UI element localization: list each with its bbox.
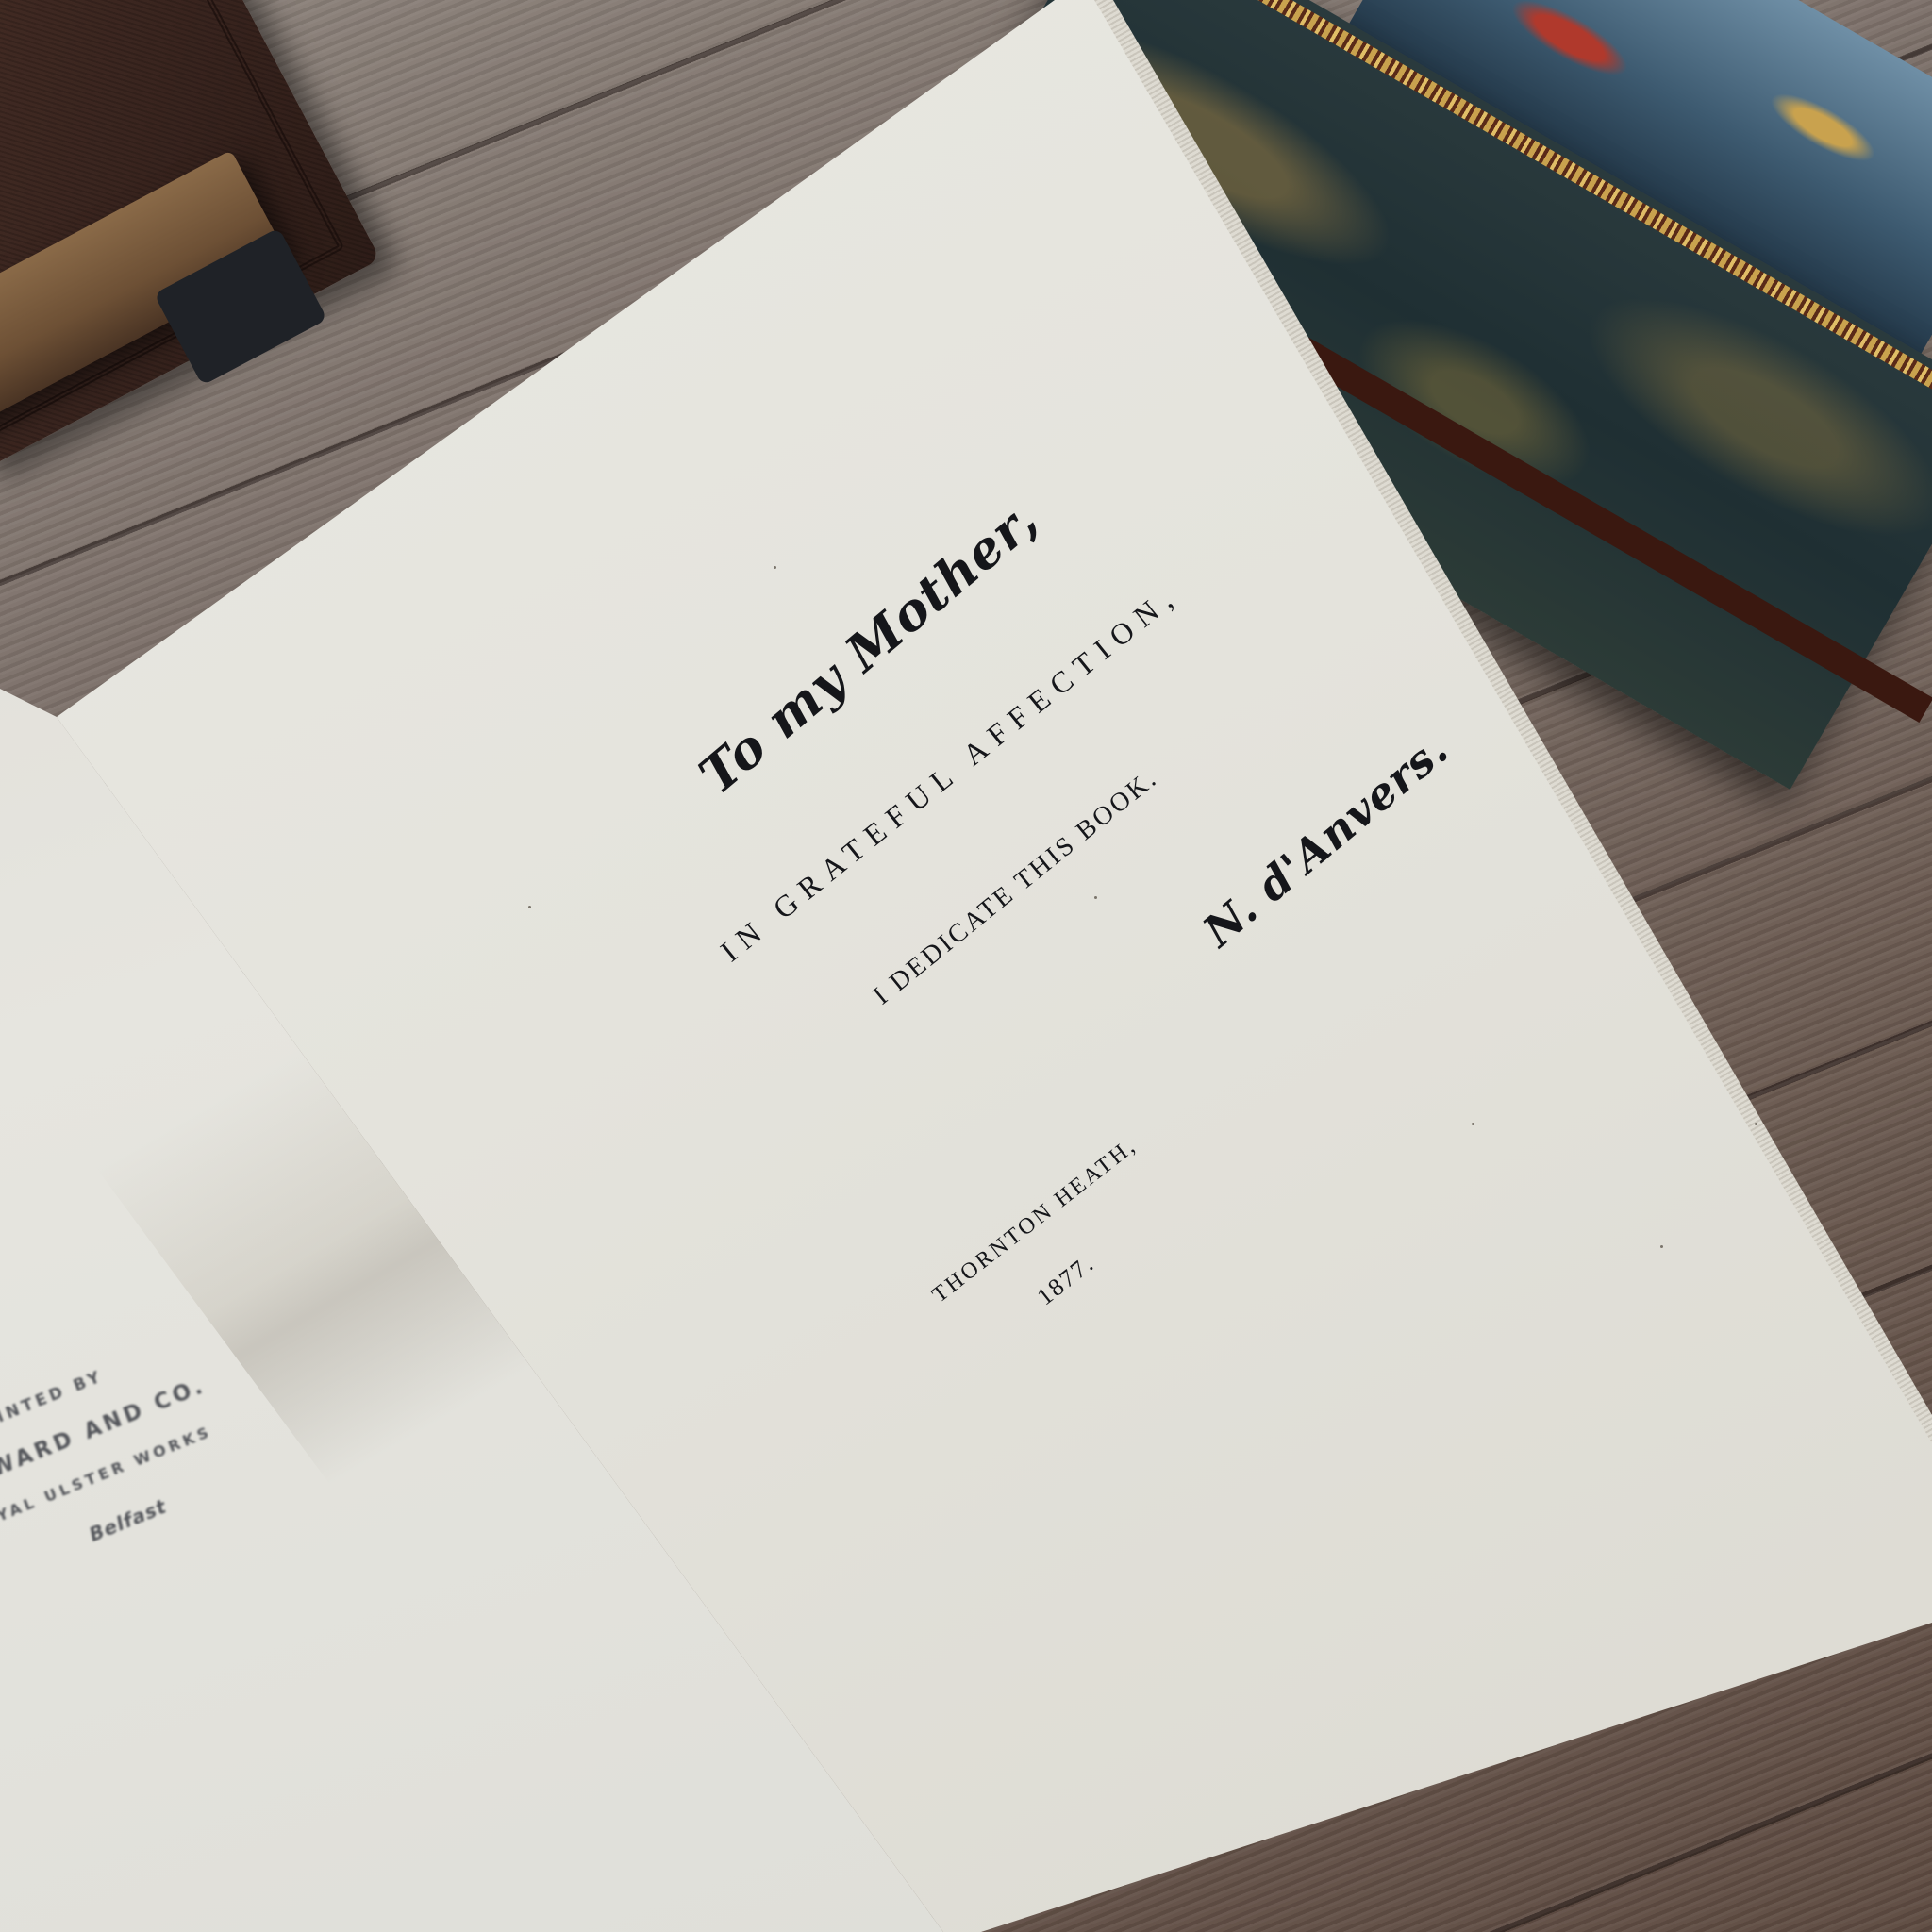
photo-scene: To my Mother, in grateful affection, I d… [0,0,1932,1932]
paper-fleck [1755,1123,1757,1125]
paper-fleck [1660,1245,1663,1248]
paper-fleck [774,566,776,569]
paper-fleck [1094,896,1097,899]
paper-fleck [1472,1123,1474,1125]
paper-fleck [528,906,531,908]
